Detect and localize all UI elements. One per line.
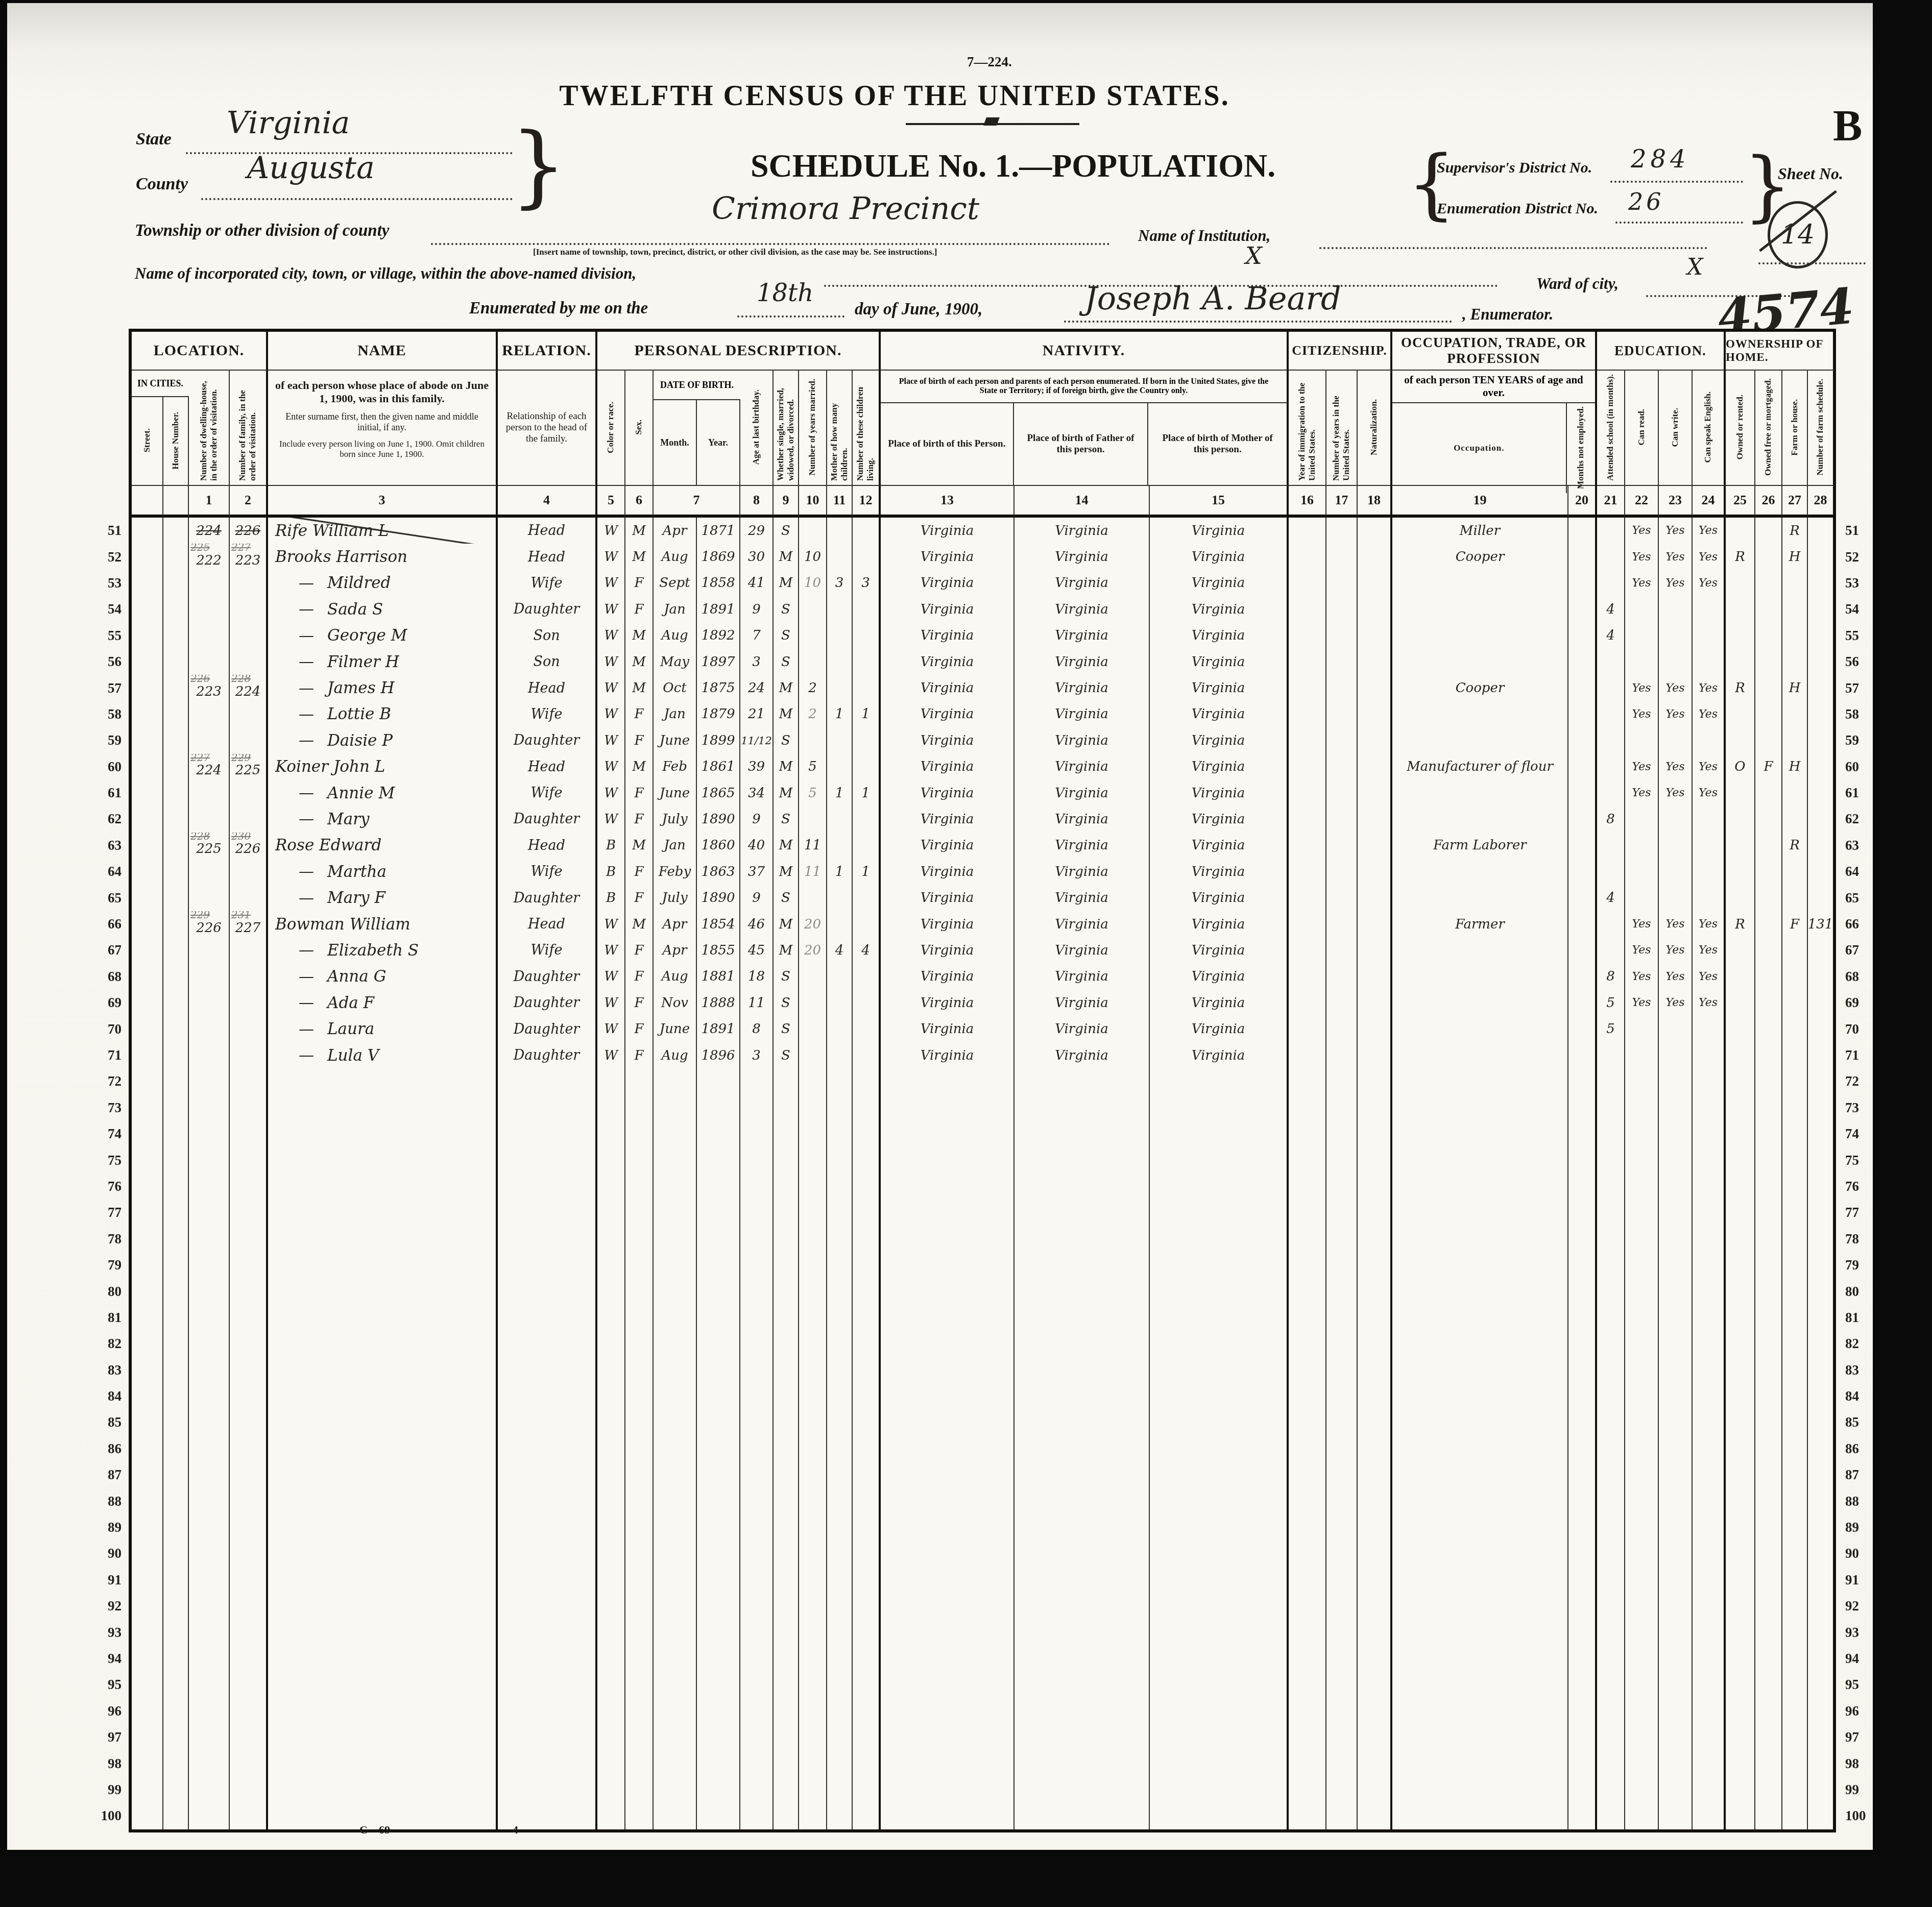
table-cell-o28 bbox=[1808, 885, 1836, 911]
table-cell-c bbox=[597, 1409, 625, 1435]
enumerator-line bbox=[1064, 321, 1452, 323]
table-cell-mo bbox=[654, 1698, 697, 1724]
table-cell-house bbox=[163, 675, 189, 701]
cell-entry-a: 7 bbox=[752, 628, 761, 643]
cell-entry-yr: 1860 bbox=[701, 838, 735, 853]
table-cell-street bbox=[132, 1226, 163, 1252]
cell-entry-en: Yes bbox=[1699, 682, 1718, 695]
table-cell-ym bbox=[799, 623, 827, 649]
table-cell-kl bbox=[853, 1278, 881, 1304]
table-cell-rel: Head bbox=[498, 833, 597, 859]
table-cell-f bbox=[230, 1698, 268, 1724]
table-cell-c18 bbox=[1358, 1357, 1392, 1383]
table-cell-o28 bbox=[1808, 1646, 1836, 1672]
cell-entry-m: S bbox=[781, 628, 790, 643]
table-cell-c18 bbox=[1358, 1042, 1392, 1068]
table-cell-c16 bbox=[1289, 570, 1326, 596]
table-row: 69—Ada FDaughterWFNov188811SVirginiaVirg… bbox=[94, 990, 1873, 1016]
cell-entry-s: M bbox=[632, 838, 646, 853]
table-cell-c17 bbox=[1326, 1173, 1358, 1200]
cell-entry-en: Yes bbox=[1699, 787, 1718, 799]
table-cell-en: Yes bbox=[1693, 990, 1726, 1016]
cell-entry-p2: Virginia bbox=[1055, 786, 1108, 801]
table-cell-o26 bbox=[1755, 518, 1782, 544]
table-cell-p1: Virginia bbox=[881, 596, 1015, 622]
table-row: 51224226Rife William LHeadWMApr187129SVi… bbox=[94, 518, 1873, 544]
cell-entry-ym: 10 bbox=[804, 575, 821, 591]
table-cell-m bbox=[774, 1095, 799, 1121]
table-cell-o25 bbox=[1726, 859, 1755, 885]
table-cell-p3 bbox=[1150, 1724, 1289, 1750]
table-cell-ym bbox=[799, 1383, 827, 1409]
row-number-right: 62 bbox=[1836, 806, 1873, 832]
table-cell-f bbox=[230, 1095, 268, 1121]
table-cell-nm bbox=[268, 1436, 498, 1462]
table-cell-p1: Virginia bbox=[881, 833, 1015, 859]
table-cell-p2: Virginia bbox=[1015, 727, 1150, 753]
dwelling-number-column-label: Number of dwelling-house, in the order o… bbox=[198, 371, 221, 485]
table-cell-c16 bbox=[1289, 518, 1326, 544]
table-cell-o25: R bbox=[1726, 911, 1755, 937]
table-cell-a bbox=[740, 1436, 774, 1462]
table-cell-c: W bbox=[597, 990, 625, 1016]
table-cell-c18 bbox=[1358, 596, 1392, 622]
table-cell-p1 bbox=[881, 1750, 1015, 1776]
table-cell-a bbox=[740, 1357, 774, 1383]
table-cell-a bbox=[740, 1226, 774, 1252]
table-cell-f bbox=[230, 623, 268, 649]
table-cell-o28 bbox=[1808, 649, 1836, 675]
table-cell-d bbox=[189, 1200, 230, 1226]
table-cell-c bbox=[597, 1200, 625, 1226]
table-cell-mo bbox=[654, 1147, 697, 1173]
table-cell-a: 34 bbox=[740, 780, 774, 806]
table-cell-m: M bbox=[774, 833, 799, 859]
table-cell-c18 bbox=[1358, 833, 1392, 859]
table-cell-k bbox=[827, 1383, 853, 1409]
table-cell-p2 bbox=[1015, 1514, 1150, 1541]
table-cell-c18 bbox=[1358, 1619, 1392, 1645]
cell-entry-p3: Virginia bbox=[1192, 890, 1245, 906]
birthplace-mother-column-label: Place of birth of Mother of this person. bbox=[1148, 403, 1287, 485]
ditto-dash: — bbox=[299, 574, 314, 592]
table-cell-kl bbox=[853, 1226, 881, 1252]
table-cell-kl bbox=[853, 649, 881, 675]
table-cell-mo bbox=[654, 1252, 697, 1278]
cell-entry-m: M bbox=[779, 838, 793, 853]
table-cell-d bbox=[189, 1042, 230, 1068]
table-cell-oc bbox=[1392, 1331, 1568, 1357]
table-cell-c20 bbox=[1568, 1750, 1597, 1776]
table-cell-sc bbox=[1597, 1514, 1625, 1541]
table-cell-k bbox=[827, 1095, 853, 1121]
table-cell-c17 bbox=[1326, 1803, 1358, 1829]
table-cell-o27: R bbox=[1782, 833, 1808, 859]
table-cell-f bbox=[230, 990, 268, 1016]
cell-entry-m: S bbox=[781, 969, 790, 984]
cell-entry-rd: Yes bbox=[1632, 551, 1651, 564]
table-cell-c16 bbox=[1289, 964, 1326, 990]
cell-entry-p1: Virginia bbox=[921, 812, 974, 827]
table-cell-c17 bbox=[1326, 1357, 1358, 1383]
township-line bbox=[431, 243, 1110, 245]
table-cell-rel bbox=[498, 1462, 597, 1488]
table-cell-a: 11 bbox=[740, 990, 774, 1016]
table-cell-ym bbox=[799, 1121, 827, 1147]
table-cell-mo bbox=[654, 1226, 697, 1252]
table-cell-rel: Head bbox=[498, 675, 597, 701]
row-number-left: 53 bbox=[94, 570, 129, 596]
table-cell-f bbox=[230, 1016, 268, 1042]
table-cell-oc: Cooper bbox=[1392, 544, 1568, 570]
table-cell-nm bbox=[268, 1252, 498, 1278]
table-cell-sc bbox=[1597, 754, 1625, 780]
table-cell-p3 bbox=[1150, 1672, 1289, 1698]
table-cell-en bbox=[1693, 885, 1726, 911]
table-cell-kl bbox=[853, 727, 881, 753]
table-cell-m bbox=[774, 1200, 799, 1226]
person-name: Mary F bbox=[327, 889, 385, 907]
table-cell-o25: O bbox=[1726, 754, 1755, 780]
table-cell-house bbox=[163, 780, 189, 806]
table-cell-rel: Daughter bbox=[498, 990, 597, 1016]
row-number-right: 53 bbox=[1836, 570, 1873, 596]
table-cell-ym bbox=[799, 885, 827, 911]
cell-entry-yr: 1899 bbox=[701, 733, 735, 748]
table-cell-street bbox=[132, 1803, 163, 1829]
table-cell-a: 11/12 bbox=[740, 727, 774, 753]
table-cell-c20 bbox=[1568, 1803, 1597, 1829]
table-cell-m: M bbox=[774, 859, 799, 885]
table-cell-kl bbox=[853, 1514, 881, 1541]
table-cell-c18 bbox=[1358, 1226, 1392, 1252]
row-number-right: 72 bbox=[1836, 1068, 1873, 1094]
table-cell-s bbox=[625, 1777, 654, 1803]
table-cell-c17 bbox=[1326, 1226, 1358, 1252]
table-cell-street bbox=[132, 1436, 163, 1462]
table-cell-c20 bbox=[1568, 1095, 1597, 1121]
table-cell-kl bbox=[853, 1567, 881, 1593]
table-cell-house bbox=[163, 518, 189, 544]
cell-entry-s: M bbox=[632, 680, 646, 696]
row-number-right: 96 bbox=[1836, 1698, 1873, 1724]
table-cell-c20 bbox=[1568, 1672, 1597, 1698]
table-cell-sc bbox=[1597, 859, 1625, 885]
table-cell-house bbox=[163, 1357, 189, 1383]
table-cell-c16 bbox=[1289, 1147, 1326, 1173]
table-cell-m bbox=[774, 1278, 799, 1304]
table-cell-nm: —Martha bbox=[268, 859, 498, 885]
struck-visitation-number: 228 bbox=[231, 675, 251, 683]
table-cell-rel bbox=[498, 1698, 597, 1724]
table-cell-rel: Head bbox=[498, 754, 597, 780]
column-number: 5 bbox=[597, 485, 625, 518]
table-cell-p2: Virginia bbox=[1015, 623, 1150, 649]
table-cell-d bbox=[189, 596, 230, 622]
table-cell-f bbox=[230, 1200, 268, 1226]
table-cell-c18 bbox=[1358, 1278, 1392, 1304]
table-cell-f bbox=[230, 570, 268, 596]
table-cell-f bbox=[230, 1252, 268, 1278]
table-cell-yr bbox=[697, 1383, 740, 1409]
table-cell-ym bbox=[799, 649, 827, 675]
cell-entry-mo: July bbox=[662, 812, 687, 827]
row-number-right: 71 bbox=[1836, 1042, 1873, 1068]
table-cell-o27 bbox=[1782, 1803, 1808, 1829]
table-cell-nm: —James H bbox=[268, 675, 498, 701]
table-cell-en bbox=[1693, 623, 1726, 649]
table-cell-p2 bbox=[1015, 1147, 1150, 1173]
ditto-dash: — bbox=[299, 731, 314, 749]
cell-entry-p2: Virginia bbox=[1055, 969, 1108, 984]
table-cell-rd bbox=[1625, 1619, 1659, 1645]
row-number-right: 93 bbox=[1836, 1619, 1873, 1645]
cell-entry-p1: Virginia bbox=[921, 917, 974, 932]
table-cell-c16 bbox=[1289, 859, 1326, 885]
cell-entry-rel: Daughter bbox=[514, 732, 580, 748]
table-cell-yr bbox=[697, 1121, 740, 1147]
column-number: 18 bbox=[1358, 485, 1392, 518]
table-cell-p1: Virginia bbox=[881, 964, 1015, 990]
table-cell-o28 bbox=[1808, 1383, 1836, 1409]
table-cell-o26 bbox=[1755, 1593, 1782, 1619]
table-cell-p2 bbox=[1015, 1173, 1150, 1200]
table-cell-o27 bbox=[1782, 1724, 1808, 1750]
table-cell-d bbox=[189, 1541, 230, 1567]
table-cell-m: S bbox=[774, 964, 799, 990]
table-cell-street bbox=[132, 596, 163, 622]
cell-entry-p3: Virginia bbox=[1192, 995, 1245, 1011]
table-cell-rel bbox=[498, 1593, 597, 1619]
ditto-dash: — bbox=[299, 863, 314, 881]
table-cell-ym bbox=[799, 1252, 827, 1278]
table-cell-o25 bbox=[1726, 1541, 1755, 1567]
row-number-right: 82 bbox=[1836, 1331, 1873, 1357]
table-cell-p3 bbox=[1150, 1305, 1289, 1331]
table-cell-f bbox=[230, 1331, 268, 1357]
row-number-left: 70 bbox=[94, 1016, 129, 1042]
table-cell-rel: Daughter bbox=[498, 1042, 597, 1068]
table-cell-ym bbox=[799, 1803, 827, 1829]
visitation-number: 226 bbox=[235, 523, 261, 539]
cell-entry-p1: Virginia bbox=[921, 733, 974, 748]
table-cell-oc bbox=[1392, 1042, 1568, 1068]
ditto-dash: — bbox=[299, 627, 314, 645]
table-cell-d bbox=[189, 1698, 230, 1724]
table-cell-street bbox=[132, 1698, 163, 1724]
row-number-left: 96 bbox=[94, 1698, 129, 1724]
table-cell-street bbox=[132, 1252, 163, 1278]
table-cell-c17 bbox=[1326, 623, 1358, 649]
table-cell-c18 bbox=[1358, 780, 1392, 806]
table-cell-c: W bbox=[597, 1016, 625, 1042]
cell-entry-p2: Virginia bbox=[1055, 838, 1108, 853]
table-cell-d bbox=[189, 1252, 230, 1278]
table-cell-p2: Virginia bbox=[1015, 806, 1150, 832]
row-number-right: 74 bbox=[1836, 1121, 1873, 1147]
cell-entry-yr: 1896 bbox=[701, 1048, 735, 1063]
table-row: 8282 bbox=[94, 1331, 1873, 1357]
table-cell-p1: Virginia bbox=[881, 990, 1015, 1016]
cell-entry-p3: Virginia bbox=[1192, 812, 1245, 827]
cell-entry-m: M bbox=[779, 680, 793, 696]
cell-entry-a: 9 bbox=[752, 890, 761, 906]
cell-entry-m: S bbox=[781, 1048, 790, 1063]
table-cell-c17 bbox=[1326, 1541, 1358, 1567]
table-cell-s bbox=[625, 1672, 654, 1698]
table-cell-p3 bbox=[1150, 1068, 1289, 1094]
table-cell-m bbox=[774, 1068, 799, 1094]
table-cell-k bbox=[827, 885, 853, 911]
cell-entry-o28: 131 bbox=[1808, 917, 1833, 932]
table-cell-c17 bbox=[1326, 1383, 1358, 1409]
table-cell-sc bbox=[1597, 1646, 1625, 1672]
cell-entry-s: M bbox=[632, 759, 646, 774]
column-number: 7 bbox=[654, 485, 740, 518]
table-cell-en bbox=[1693, 1383, 1726, 1409]
table-cell-kl bbox=[853, 1173, 881, 1200]
cell-entry-mo: Aug bbox=[661, 1048, 688, 1063]
table-cell-en bbox=[1693, 1147, 1726, 1173]
table-cell-rd bbox=[1625, 1646, 1659, 1672]
table-cell-c17 bbox=[1326, 833, 1358, 859]
column-number: 9 bbox=[774, 485, 799, 518]
table-cell-yr: 1861 bbox=[697, 754, 740, 780]
sheet-number-circle: 14 bbox=[1768, 201, 1828, 268]
table-cell-o27 bbox=[1782, 1068, 1808, 1094]
table-cell-f bbox=[230, 1567, 268, 1593]
table-cell-a bbox=[740, 1777, 774, 1803]
table-cell-c17 bbox=[1326, 1462, 1358, 1488]
table-cell-ym bbox=[799, 1593, 827, 1619]
row-number-left: 90 bbox=[94, 1541, 129, 1567]
cell-entry-o27: F bbox=[1790, 917, 1799, 932]
cell-entry-en: Yes bbox=[1699, 944, 1718, 957]
table-cell-p2: Virginia bbox=[1015, 649, 1150, 675]
table-cell-yr bbox=[697, 1147, 740, 1173]
table-cell-p2 bbox=[1015, 1278, 1150, 1304]
table-cell-o28 bbox=[1808, 1619, 1836, 1645]
table-cell-s bbox=[625, 1121, 654, 1147]
table-cell-ym bbox=[799, 1750, 827, 1776]
table-cell-house bbox=[163, 570, 189, 596]
table-cell-yr bbox=[697, 1698, 740, 1724]
table-cell-mo bbox=[654, 1777, 697, 1803]
table-cell-rd bbox=[1625, 1409, 1659, 1435]
table-cell-p1 bbox=[881, 1305, 1015, 1331]
table-cell-d bbox=[189, 1226, 230, 1252]
cell-entry-s: F bbox=[634, 786, 643, 801]
table-cell-o27 bbox=[1782, 1750, 1808, 1776]
table-cell-m: M bbox=[774, 780, 799, 806]
row-number-right: 87 bbox=[1836, 1462, 1873, 1488]
table-cell-sc bbox=[1597, 1777, 1625, 1803]
table-cell-nm bbox=[268, 1698, 498, 1724]
table-cell-p2 bbox=[1015, 1068, 1150, 1094]
table-row: 7777 bbox=[94, 1200, 1873, 1226]
visitation-number: 225 bbox=[196, 841, 222, 857]
table-cell-o28 bbox=[1808, 1777, 1836, 1803]
table-cell-p1: Virginia bbox=[881, 727, 1015, 753]
table-cell-ym bbox=[799, 518, 827, 544]
table-cell-street bbox=[132, 754, 163, 780]
table-cell-oc bbox=[1392, 1173, 1568, 1200]
table-cell-d bbox=[189, 1567, 230, 1593]
table-cell-house bbox=[163, 1593, 189, 1619]
table-cell-m bbox=[774, 1226, 799, 1252]
table-cell-c17 bbox=[1326, 649, 1358, 675]
table-cell-rel bbox=[498, 1672, 597, 1698]
table-cell-m bbox=[774, 1777, 799, 1803]
table-cell-o28 bbox=[1808, 780, 1836, 806]
cell-entry-ym: 2 bbox=[808, 680, 817, 696]
cell-entry-ym: 11 bbox=[804, 864, 821, 879]
table-cell-yr bbox=[697, 1252, 740, 1278]
cell-entry-p1: Virginia bbox=[921, 995, 974, 1011]
table-cell-ym bbox=[799, 1016, 827, 1042]
table-cell-street bbox=[132, 806, 163, 832]
table-cell-p2: Virginia bbox=[1015, 911, 1150, 937]
cell-entry-o25: R bbox=[1735, 680, 1745, 696]
table-cell-sc bbox=[1597, 649, 1625, 675]
cell-entry-ym: 20 bbox=[804, 943, 821, 958]
table-cell-c20 bbox=[1568, 1252, 1597, 1278]
table-cell-street bbox=[132, 1042, 163, 1068]
table-cell-o28 bbox=[1808, 1305, 1836, 1331]
table-cell-ym bbox=[799, 1147, 827, 1173]
cell-entry-m: S bbox=[781, 654, 790, 670]
cell-entry-s: F bbox=[634, 706, 643, 722]
table-cell-p2: Virginia bbox=[1015, 859, 1150, 885]
table-cell-sc bbox=[1597, 1541, 1625, 1567]
table-row: 56—Filmer HSonWMMay18973SVirginiaVirgini… bbox=[94, 649, 1873, 675]
table-cell-o26 bbox=[1755, 1068, 1782, 1094]
table-cell-en bbox=[1693, 1750, 1726, 1776]
table-cell-c18 bbox=[1358, 1121, 1392, 1147]
table-cell-o25: R bbox=[1726, 544, 1755, 570]
table-cell-rel bbox=[498, 1567, 597, 1593]
cell-entry-wr: Yes bbox=[1666, 761, 1685, 773]
table-cell-c: W bbox=[597, 649, 625, 675]
table-cell-oc bbox=[1392, 1121, 1568, 1147]
table-cell-o25 bbox=[1726, 518, 1755, 544]
years-married-column-label: Number of years married. bbox=[806, 376, 818, 479]
table-cell-o26 bbox=[1755, 1488, 1782, 1514]
cell-entry-yr: 1888 bbox=[701, 995, 735, 1011]
table-cell-rd bbox=[1625, 1016, 1659, 1042]
cell-entry-c: W bbox=[604, 733, 618, 748]
table-cell-o25 bbox=[1726, 806, 1755, 832]
table-cell-p3: Virginia bbox=[1150, 1016, 1289, 1042]
ward-label: Ward of city, bbox=[1536, 275, 1619, 293]
table-cell-nm: —Lula V bbox=[268, 1042, 498, 1068]
table-cell-o27 bbox=[1782, 937, 1808, 963]
table-cell-o28 bbox=[1808, 518, 1836, 544]
struck-visitation-number: 225 bbox=[190, 544, 210, 552]
ditto-dash: — bbox=[299, 968, 314, 986]
table-cell-f bbox=[230, 1777, 268, 1803]
cell-entry-a: 18 bbox=[748, 969, 765, 984]
table-cell-k bbox=[827, 1042, 853, 1068]
cell-entry-a: 8 bbox=[752, 1021, 761, 1037]
table-cell-o28 bbox=[1808, 570, 1836, 596]
sheet-line bbox=[1758, 262, 1866, 264]
table-cell-rel: Daughter bbox=[498, 964, 597, 990]
cell-entry-p3: Virginia bbox=[1192, 969, 1245, 984]
table-cell-c18 bbox=[1358, 675, 1392, 701]
table-cell-o25 bbox=[1726, 596, 1755, 622]
table-cell-c: B bbox=[597, 885, 625, 911]
